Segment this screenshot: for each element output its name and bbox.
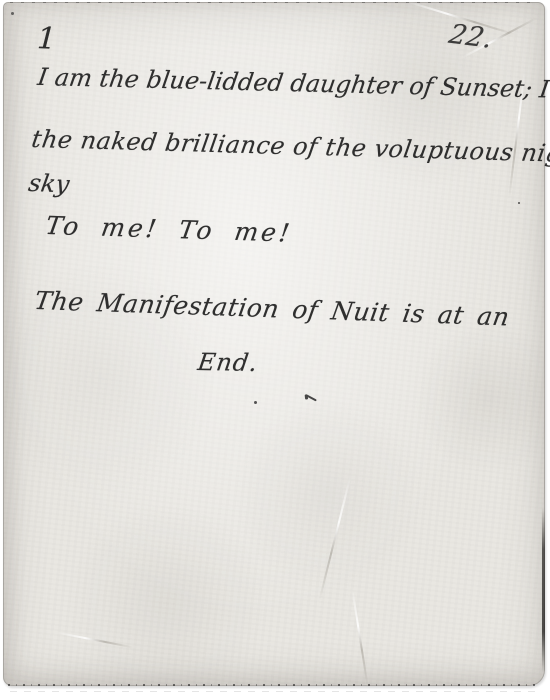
- manuscript-page: 1 22. I am the blue-lidded daughter of S…: [3, 2, 545, 686]
- paper-crease: [318, 475, 351, 602]
- handwritten-end-line: End.: [196, 348, 260, 377]
- handwritten-line-2: the naked brilliance of the voluptuous n…: [30, 125, 550, 168]
- handwritten-line-5: The Manifestation of Nuit is at an: [32, 286, 511, 331]
- page-number: 22.: [446, 19, 496, 55]
- scan-artifact-line: [10, 691, 536, 692]
- ink-dot: [518, 202, 520, 204]
- paragraph-mark: 1: [36, 21, 57, 57]
- handwritten-line-1: I am the blue-lidded daughter of Sunset;…: [36, 63, 550, 104]
- ink-dot: [254, 401, 257, 404]
- scan-background: 1 22. I am the blue-lidded daughter of S…: [0, 0, 550, 700]
- ink-speck: [11, 12, 14, 15]
- paper-edge-shadow: [542, 508, 545, 673]
- ink-tick-mark: [306, 395, 317, 402]
- paper-crease: [57, 632, 134, 649]
- handwritten-line-3: sky: [27, 169, 72, 198]
- handwritten-line-4: To me! To me!: [44, 211, 295, 248]
- paper-crease: [351, 588, 369, 687]
